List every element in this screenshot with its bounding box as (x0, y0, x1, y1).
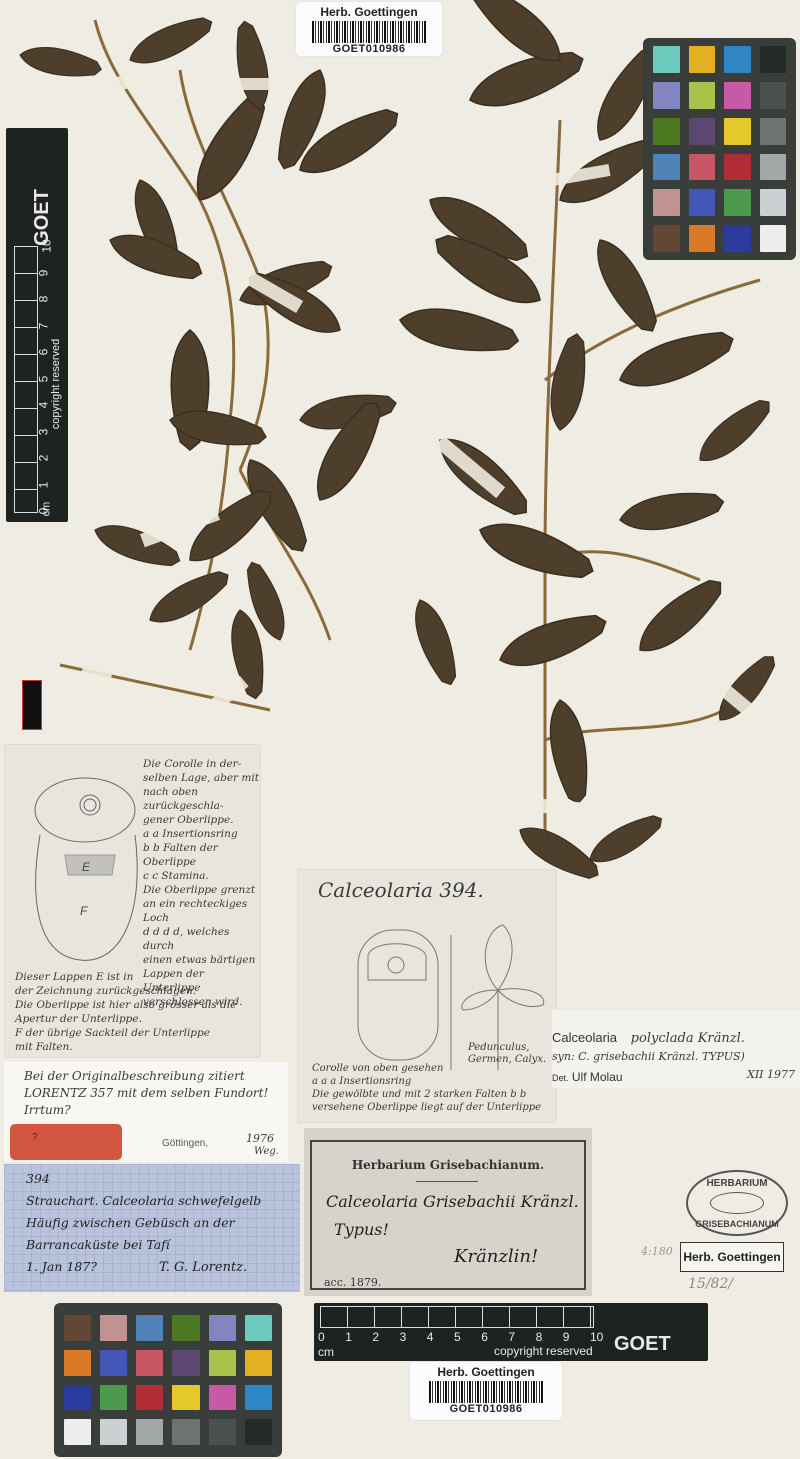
color-swatch (172, 1350, 199, 1376)
barcode-code: GOET010986 (410, 1403, 562, 1415)
color-swatch (724, 154, 751, 181)
color-swatch (136, 1385, 163, 1411)
scale-number: 2 (36, 455, 50, 462)
color-swatch (64, 1419, 91, 1445)
color-swatch (760, 46, 787, 73)
det-species: polyclada Kränzl. (631, 1031, 745, 1046)
color-swatch (689, 154, 716, 181)
color-swatch (760, 225, 787, 252)
note-line: Die Corolle in der- (143, 757, 259, 771)
barcode-institution: Herb. Goettingen (410, 1362, 562, 1379)
note-line: mit Falten. (15, 1040, 260, 1054)
color-swatch (172, 1385, 199, 1411)
scale-number: 0 (36, 508, 50, 515)
drawing-note-right-text: Corolle von oben gesehena a a Insertions… (312, 1062, 552, 1114)
goet-logo: GOET (42, 136, 66, 246)
color-swatch (724, 189, 751, 216)
color-swatch (136, 1315, 163, 1341)
scale-bar-horizontal: 012345678910 cm copyright reserved GOET (314, 1303, 708, 1361)
comment-year: 1976 (246, 1132, 274, 1145)
pencil-note-left: 4:180 (641, 1245, 673, 1258)
copyright-text: copyright reserved (50, 324, 62, 444)
scale-number: 7 (508, 1330, 515, 1344)
color-swatch (689, 225, 716, 252)
color-chart-bottom (54, 1303, 282, 1457)
divider-ornament (416, 1181, 478, 1182)
corolla-drawing: E F (20, 765, 150, 965)
color-swatch (724, 82, 751, 109)
scale-number: 1 (345, 1330, 352, 1344)
goet-logo-text: GOET (31, 189, 54, 246)
slide-marker (22, 680, 42, 730)
color-swatch (209, 1350, 236, 1376)
note-line: Die Oberlippe grenzt (143, 883, 259, 897)
color-swatch (724, 225, 751, 252)
color-swatch (760, 82, 787, 109)
barcode-label-top: Herb. Goettingen GOET010986 (296, 2, 442, 56)
drawing-title: Calceolaria 394. (318, 878, 484, 902)
note-line: an ein rechteckiges Loch (143, 897, 259, 925)
color-swatch (245, 1419, 272, 1445)
note-line: Die gewölbte und mit 2 starken Falten b … (312, 1088, 552, 1101)
scale-ticks (14, 246, 38, 513)
scale-ticks (320, 1306, 594, 1328)
stamp-bottom-text: GRISEBACHIANUM (688, 1219, 786, 1229)
comment-slip: Bei der Originalbeschreibung zitiertLORE… (4, 1062, 288, 1162)
color-swatch (724, 46, 751, 73)
scale-number: 5 (36, 375, 50, 382)
note-line: Irrtum? (24, 1102, 284, 1119)
scale-number: 5 (454, 1330, 461, 1344)
note-line: gener Oberlippe. (143, 813, 259, 827)
scale-number: 1 (36, 481, 50, 488)
red-label: ? (10, 1124, 122, 1160)
color-swatch (689, 118, 716, 145)
comment-initials: Weg. (254, 1146, 279, 1157)
scale-number: 9 (36, 269, 50, 276)
color-swatch (64, 1315, 91, 1341)
color-swatch (760, 189, 787, 216)
scale-bar-vertical: GOET copyright reserved cm 012345678910 (6, 128, 68, 522)
scale-number: 6 (481, 1330, 488, 1344)
note-line: a a a Insertionsring (312, 1075, 552, 1088)
det-synonym: syn: C. grisebachii Kränzl. TYPUS) (552, 1050, 745, 1063)
scale-number: 6 (36, 349, 50, 356)
color-swatch (100, 1419, 127, 1445)
barcode-bars (429, 1381, 544, 1403)
color-swatch (760, 118, 787, 145)
color-swatch (64, 1350, 91, 1376)
note-line: Barrancaküste bei Tafí (26, 1234, 296, 1256)
note-line: nach oben zurückgeschla- (143, 785, 259, 813)
scale-number: 8 (536, 1330, 543, 1344)
note-line: selben Lage, aber mit (143, 771, 259, 785)
color-chart-top (643, 38, 796, 260)
color-swatch (100, 1350, 127, 1376)
note-line: b b Falten der Oberlippe (143, 841, 259, 869)
color-swatch (724, 118, 751, 145)
color-swatch (64, 1385, 91, 1411)
stamp-top-text: HERBARIUM (688, 1178, 786, 1189)
color-swatch (653, 118, 680, 145)
color-swatch (653, 46, 680, 73)
scale-number: 3 (400, 1330, 407, 1344)
note-line: Dieser Lappen E ist in (15, 970, 260, 984)
herbarium-status: Typus! (334, 1220, 389, 1239)
barcode-label-bottom: Herb. Goettingen GOET010986 (410, 1362, 562, 1420)
barcode-bars (312, 21, 427, 43)
comment-text: Bei der Originalbeschreibung zitiertLORE… (24, 1068, 284, 1119)
note-line: LORENTZ 357 mit dem selben Fundort! (24, 1085, 284, 1102)
herb-box-label: Herb. Goettingen (683, 1250, 780, 1264)
color-swatch (689, 82, 716, 109)
pencil-note-below: 15/82/ (688, 1276, 733, 1292)
comment-place: Göttingen, (162, 1138, 208, 1149)
color-swatch (653, 154, 680, 181)
scale-number: 3 (36, 428, 50, 435)
scale-number: 7 (36, 322, 50, 329)
herbarium-header: Herbarium Grisebachianum. (304, 1158, 592, 1172)
note-line: der Zeichnung zurückgeschlagen. (15, 984, 260, 998)
herbarium-stamp: HERBARIUM GRISEBACHIANUM (686, 1170, 788, 1236)
herbarium-accession: acc. 1879. (324, 1276, 381, 1289)
herbarium-label: Herbarium Grisebachianum. Calceolaria Gr… (304, 1128, 592, 1296)
note-line: Häufig zwischen Gebüsch an der (26, 1212, 296, 1234)
drawing-note-left: E F Die Corolle in der-selben Lage, aber… (5, 745, 260, 1057)
color-swatch (172, 1419, 199, 1445)
scale-number: 8 (36, 296, 50, 303)
det-prefix: Det. (552, 1073, 569, 1083)
det-date: XII 1977 (747, 1068, 795, 1081)
note-line: d d d d, welches durch (143, 925, 259, 953)
det-determiner: Ulf Molau (572, 1070, 623, 1084)
color-swatch (689, 46, 716, 73)
scale-number: 4 (36, 402, 50, 409)
color-swatch (760, 154, 787, 181)
color-swatch (689, 189, 716, 216)
color-swatch (100, 1385, 127, 1411)
color-swatch (172, 1315, 199, 1341)
note-line: 394 (26, 1168, 296, 1190)
scale-number: 10 (40, 239, 54, 252)
herbarium-name: Calceolaria Grisebachii Kränzl. (326, 1192, 579, 1211)
note-line: Corolle von oben gesehen (312, 1062, 552, 1075)
note-line: Strauchart. Calceolaria schwefelgelb (26, 1190, 296, 1212)
determination-slip: Calceolaria polyclada Kränzl. syn: C. gr… (552, 1010, 800, 1088)
color-swatch (653, 82, 680, 109)
collector-label: 394Strauchart. Calceolaria schwefelgelbH… (4, 1164, 300, 1292)
note-line: a a Insertionsring (143, 827, 259, 841)
note-line: Apertur der Unterlippe. (15, 1012, 260, 1026)
color-swatch (653, 189, 680, 216)
note-line: Die Oberlippe ist hier also grösser als … (15, 998, 260, 1012)
scale-number: 9 (563, 1330, 570, 1344)
det-genus: Calceolaria (552, 1030, 617, 1045)
herb-goettingen-box: Herb. Goettingen (680, 1242, 784, 1272)
scale-number: 2 (372, 1330, 379, 1344)
scale-unit: cm (318, 1345, 334, 1359)
color-swatch (209, 1385, 236, 1411)
color-swatch (100, 1315, 127, 1341)
scale-number: 10 (590, 1330, 603, 1344)
color-swatch (245, 1315, 272, 1341)
label-f: F (80, 904, 88, 918)
color-swatch (245, 1385, 272, 1411)
note-line: c c Stamina. (143, 869, 259, 883)
barcode-code: GOET010986 (296, 43, 442, 55)
drawing-note-right: Calceolaria 394. Pedunculus, Germen, Cal… (298, 870, 556, 1122)
color-swatch (136, 1419, 163, 1445)
color-swatch (653, 225, 680, 252)
note-line: Bei der Originalbeschreibung zitiert (24, 1068, 284, 1085)
goet-logo-text: GOET (614, 1333, 671, 1356)
barcode-institution: Herb. Goettingen (296, 2, 442, 19)
red-label-mark: ? (32, 1132, 38, 1143)
scale-number: 0 (318, 1330, 325, 1344)
label-e: E (82, 860, 91, 874)
color-swatch (136, 1350, 163, 1376)
drawing-note-text-wide: Dieser Lappen E ist inder Zeichnung zurü… (15, 970, 260, 1054)
copyright-text: copyright reserved (494, 1344, 593, 1358)
note-line: F der übrige Sackteil der Unterlippe (15, 1026, 260, 1040)
collector-name: T. G. Lorentz. (159, 1260, 247, 1275)
note-line: einen etwas bärtigen (143, 953, 259, 967)
color-swatch (245, 1350, 272, 1376)
color-swatch (209, 1419, 236, 1445)
color-swatch (209, 1315, 236, 1341)
note-line: versehene Oberlippe liegt auf der Unterl… (312, 1101, 552, 1114)
herbarium-signature: Kränzlin! (454, 1246, 538, 1267)
scale-number: 4 (427, 1330, 434, 1344)
